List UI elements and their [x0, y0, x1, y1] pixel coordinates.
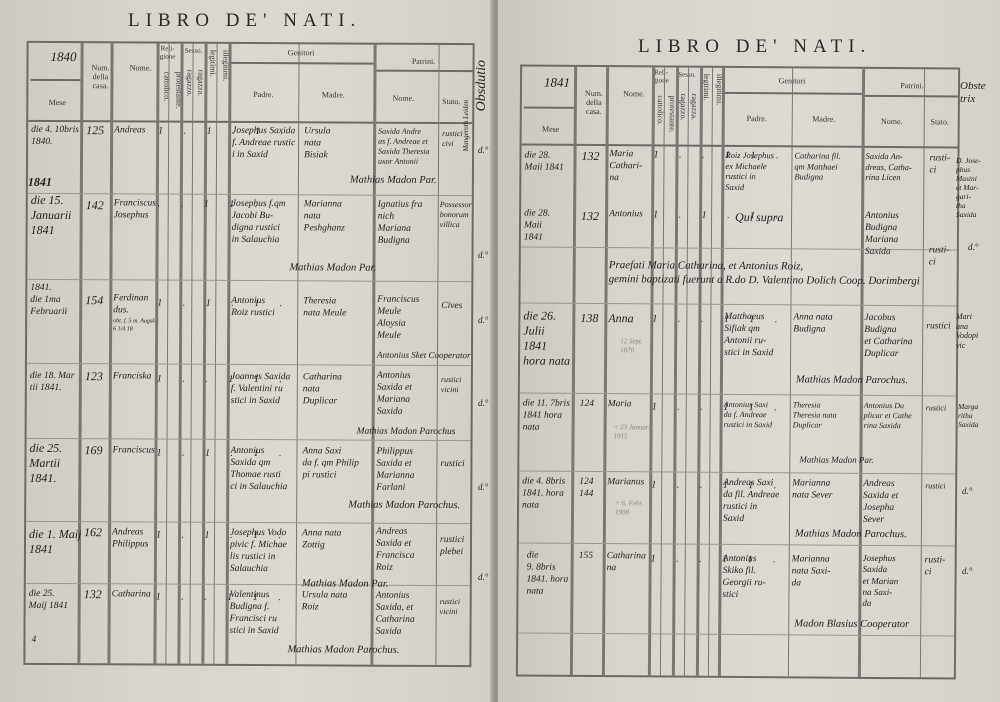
- entry-date: die 4. 8bris 1841. hora nata: [522, 476, 565, 512]
- entry-mother: Marianna nata Peshghanz: [304, 199, 345, 235]
- entry-name: Ferdinan dus.: [113, 293, 148, 317]
- row-rule: [519, 470, 955, 474]
- left-page: LIBRO DE' NATI. 1840 Mese Num. della cas…: [0, 0, 496, 702]
- header-padre: Padre.: [233, 90, 293, 100]
- entry-date: die 1. Maij 1841: [29, 527, 81, 557]
- open-register-book: LIBRO DE' NATI. 1840 Mese Num. della cas…: [0, 0, 1000, 702]
- entry-name: Catharina: [112, 589, 151, 601]
- column-rule: [920, 69, 925, 677]
- entry-name: Catharina na: [607, 551, 646, 575]
- midwife-entry: Marga ritha Saxida: [958, 402, 978, 429]
- entry-house-number: 124: [580, 399, 594, 411]
- entry-date: die 28. Maii 1841: [524, 209, 550, 245]
- entry-father: Josephus Saxida f. Andreae rustic i in S…: [232, 126, 295, 162]
- entry-godparents: Antonius Du plicar et Cathe rina Saxida: [864, 401, 912, 431]
- column-rule: [602, 67, 609, 675]
- entry-godparents: Saxida An- dreas, Catha- rina Licen: [865, 151, 912, 183]
- entry-mother: Catharina fil. qm Matthaei Budigna: [794, 150, 841, 182]
- midwife-ditto: d.°: [968, 242, 978, 253]
- header-madre: Madre.: [303, 90, 363, 100]
- entry-mother: Marianna nata Saxi- da: [791, 554, 830, 590]
- header-patrini: Patrini.: [867, 81, 957, 91]
- entry-signature: Mathias Madon Parochus.: [795, 528, 907, 540]
- entry-name: Andreas Philippus: [112, 527, 149, 551]
- entry-house-number: 132: [581, 149, 599, 164]
- entry-date: die 11. 7bris 1841 hora nata: [523, 398, 570, 434]
- entry-death-note: + 23 Januarii 1915: [614, 423, 653, 441]
- entry-father: Josephus f.qm Jacobi Bu- digna rustici i…: [232, 199, 286, 247]
- entry-status: rustici: [926, 321, 950, 333]
- entry-father: Josephus Vodo pivic f. Michae lis rustic…: [230, 528, 287, 576]
- entry-status: rustici: [926, 403, 947, 413]
- row-rule: [28, 193, 472, 196]
- entry-status: rusti- ci: [925, 555, 946, 579]
- entry-house-number: 123: [85, 369, 103, 384]
- divider: [373, 70, 473, 73]
- row-rule: [519, 542, 955, 546]
- entry-mother: Marianna nata Sever: [792, 478, 833, 502]
- divider: [862, 95, 958, 98]
- entry-father: Antonius Saxi da f. Andreae rustici in S…: [724, 400, 773, 430]
- margin-header-obstetrix: Obste trix: [960, 80, 986, 106]
- entry-name: Marianus: [607, 477, 644, 489]
- divider: [229, 62, 374, 65]
- entry-date: die 28. Maii 1841: [524, 151, 563, 175]
- row-rule: [520, 302, 956, 306]
- header-patrini-stato: Stato.: [922, 117, 958, 126]
- entry-father: Antonius Roiz rustici: [231, 296, 275, 320]
- entry-status: rusti- ci: [929, 245, 950, 269]
- row-rule: [26, 583, 470, 586]
- divider: [30, 79, 80, 81]
- margin-ditto: d.°: [478, 398, 488, 409]
- entry-mother: Catharina nata Duplicar: [303, 372, 342, 408]
- entry-name: Maria: [608, 399, 632, 411]
- entry-godparents: Franciscus Meule Aloysia Meule: [377, 295, 419, 343]
- entry-house-number: 155: [579, 551, 593, 563]
- entry-signature: Mathias Madon Par.: [799, 454, 873, 465]
- entry-date: die 25. Martii 1841.: [29, 441, 62, 486]
- left-ledger-table: 1840 Mese Num. della casa. Nome. Reli- g…: [23, 41, 474, 667]
- entry-date: die 26. Julii 1841 hora nata: [523, 309, 570, 369]
- entry-status: rustici vicini: [440, 597, 461, 617]
- header-legittimi: legitimi.: [702, 74, 711, 101]
- entry-father: Antonius Skiko fil. Georgii ru- stici: [722, 554, 766, 602]
- row-rule: [26, 521, 470, 524]
- row-rule: [27, 363, 471, 366]
- row-rule: [27, 279, 471, 282]
- row-rule: [520, 392, 956, 396]
- entry-signature: Mathias Madon Parochus.: [348, 500, 460, 512]
- margin-ditto: d.°: [478, 482, 488, 493]
- margin-header-obitus: Obsdutio: [474, 60, 490, 111]
- right-header-row: 1841 Mese Num. della casa. Nome. Reli- g…: [522, 66, 959, 148]
- header-patrini: Patrini.: [379, 57, 469, 67]
- entry-father: Matthaeus Sifiak qm Antonii ru- stici in…: [724, 312, 773, 360]
- entry-mother: Ursula nata Roiz: [302, 590, 348, 614]
- margin-subheader: Mangeroth Leiden: [462, 100, 470, 152]
- entry-godparents: Philippus Saxida et Marianna Farlani: [376, 447, 414, 495]
- header-cattolico: cattolico.: [162, 72, 171, 102]
- header-padre: Padre.: [727, 114, 787, 124]
- entry-date: die 18. Mar tii 1841.: [30, 371, 75, 395]
- row-rule: [518, 632, 954, 636]
- entry-status: rusti- ci: [929, 153, 950, 177]
- entry-mother: Anna nata Budigna: [793, 312, 832, 336]
- margin-ditto: d.°: [478, 315, 488, 326]
- entry-father: Joannes Saxida f. Valentini ru stici in …: [231, 372, 291, 408]
- header-patrini-nome: Nome.: [867, 117, 917, 127]
- entry-mother: Ursula nata Bisiak: [304, 126, 331, 162]
- entry-godparents: Antonius Saxida et Mariana Saxida: [377, 371, 412, 419]
- entry-mother: Theresia Theresia nata Duplicar: [793, 400, 837, 430]
- entry-godparents: Antonius Budigna Mariana Saxida: [865, 211, 899, 259]
- entry-godparents: Andreas Saxida et Josepha Sever: [863, 479, 898, 527]
- entry-signature: Mathias Madon Parochus.: [287, 644, 399, 656]
- entry-name: Anna: [608, 311, 633, 326]
- entry-status: rustici: [440, 459, 464, 471]
- entry-mother: Anna nata Zottig: [302, 528, 341, 552]
- entry-father: Andreas Saxi da fil. Andreae rustici in …: [723, 478, 780, 526]
- entry-status: Cives: [441, 301, 462, 313]
- entry-name: Franciska: [113, 371, 152, 383]
- entry-father: Roiz Josephus ex Michaele rustici in Sax…: [725, 150, 774, 193]
- twins-baptism-note: Praefati Maria Catharina, et Antonius Ro…: [609, 259, 920, 289]
- entry-father: Qui supra: [735, 210, 783, 225]
- right-year: 1841: [544, 75, 570, 91]
- right-page-title: LIBRO DE' NATI.: [638, 36, 871, 58]
- header-nome: Nome.: [120, 63, 160, 72]
- entry-status: rustici civi: [442, 129, 463, 149]
- left-page-title: LIBRO DE' NATI.: [128, 10, 361, 32]
- entry-signature: Madon Blasius Cooperator: [794, 618, 909, 630]
- column-rule: [295, 44, 299, 664]
- entry-death-note: obt. f. 5 m. Augsk 6 1/4 18: [113, 318, 155, 333]
- entry-house-number: 125: [86, 123, 104, 138]
- entry-house-number: 169: [84, 443, 102, 458]
- entry-date: die 15. Januarii 1841: [31, 193, 72, 238]
- midwife-entry: D. Jose- phus Masini et Mar- gari- tha S…: [956, 156, 981, 219]
- entry-name: Antonius: [609, 209, 643, 221]
- midwife-ditto: d.°: [962, 486, 972, 497]
- entry-date: die 25. Maij 1841: [29, 589, 68, 613]
- entry-signature: Mathias Madon Par.: [302, 578, 389, 589]
- header-ragazzo: ragazzo.: [679, 94, 688, 121]
- entry-signature: Mathias Madon Par.: [289, 262, 376, 273]
- entry-death-note: + 6. Febr. 1908: [615, 499, 643, 517]
- entry-house-number: 138: [580, 311, 598, 326]
- entry-mother: Anna Saxi da f. qm Philip pi rustici: [302, 446, 359, 482]
- header-nome: Nome.: [614, 89, 654, 98]
- left-year: 1840: [51, 49, 77, 65]
- entry-date: die 9. 8bris 1841. hora nata: [526, 551, 568, 599]
- midwife-ditto: d.°: [962, 566, 972, 577]
- entry-godparents: Andreas Saxida et Francisca Roiz: [376, 527, 415, 575]
- row-rule: [27, 438, 471, 441]
- entry-godparents: Antonius Saxida, et Catharina Saxida: [376, 591, 415, 639]
- entry-house-number: 132: [581, 209, 599, 224]
- entry-house-number: 154: [85, 293, 103, 308]
- entry-year-mark: 1841: [28, 175, 52, 190]
- margin-ditto: d.°: [478, 145, 488, 156]
- column-rule: [570, 67, 577, 675]
- right-page: LIBRO DE' NATI. 1841 Mese Num. della cas…: [498, 0, 1000, 702]
- divider: [524, 106, 574, 108]
- margin-ditto: d.°: [478, 250, 488, 261]
- entry-status: Possessor bonorum villica: [440, 200, 472, 230]
- midwife-entry: Mari ana Vodopi vic: [956, 312, 978, 350]
- entry-death-note: 12 Sept. 1870: [620, 337, 643, 355]
- entry-name: Franciscus: [112, 445, 154, 457]
- entry-date: 1841. die 1ma Februarii: [30, 283, 67, 319]
- header-madre: Madre.: [794, 114, 854, 124]
- entry-name: Maria Cathari- na: [609, 149, 642, 185]
- entry-signature: Mathias Madon Par.: [350, 175, 437, 186]
- entry-house-number: 132: [84, 587, 102, 602]
- header-mese: Mese: [526, 125, 576, 135]
- entry-house-number: 162: [84, 525, 102, 540]
- page-mark: 4: [31, 635, 36, 647]
- entry-house-number: 142: [86, 198, 104, 213]
- entry-status: rustici: [925, 481, 946, 491]
- entry-godparents: Ignatius fra nich Mariana Budigna: [378, 200, 423, 248]
- entry-status: rustici vicini: [441, 375, 462, 395]
- entry-godparents: Saxida Andre as f. Andreae et Saxida The…: [378, 127, 430, 167]
- entry-signature: Mathias Madon Parochus: [357, 427, 456, 438]
- right-ledger-table: 1841 Mese Num. della casa. Nome. Reli- g…: [516, 64, 960, 679]
- entry-name: Franciscus Josephus: [114, 198, 156, 222]
- entry-father: Valentinus Budigna f. Francisci ru stici…: [230, 590, 279, 638]
- header-patrini-nome: Nome.: [378, 94, 428, 103]
- header-ragazza: ragazza.: [690, 94, 699, 120]
- entry-date: die 4. 10bris 1840.: [31, 125, 79, 149]
- column-rule: [107, 43, 113, 663]
- entry-signature: Mathias Madon Parochus.: [796, 374, 908, 386]
- entry-name: Andreas: [114, 125, 145, 137]
- margin-ditto: d.°: [478, 572, 488, 583]
- entry-godparents: Josephus Saxida et Marian na Saxi- da: [862, 553, 898, 609]
- entry-mother: Theresia nata Meule: [303, 296, 346, 320]
- left-header-row: 1840 Mese Num. della casa. Nome. Reli- g…: [28, 43, 472, 124]
- header-num-casa: Num. della casa.: [580, 89, 608, 117]
- entry-signature: Antonius Sket Cooperator: [377, 350, 471, 360]
- entry-godparents: Jacobus Budigna et Catharina Duplicar: [864, 313, 913, 361]
- header-genitori: Genitori: [229, 48, 374, 58]
- entry-father: Antonius Saxida qm Thomae rusti ci in Sa…: [230, 446, 287, 494]
- entry-house-number: 124 144: [579, 477, 593, 501]
- header-mese: Mese: [32, 98, 82, 107]
- entry-status: rustici plebei: [440, 535, 464, 559]
